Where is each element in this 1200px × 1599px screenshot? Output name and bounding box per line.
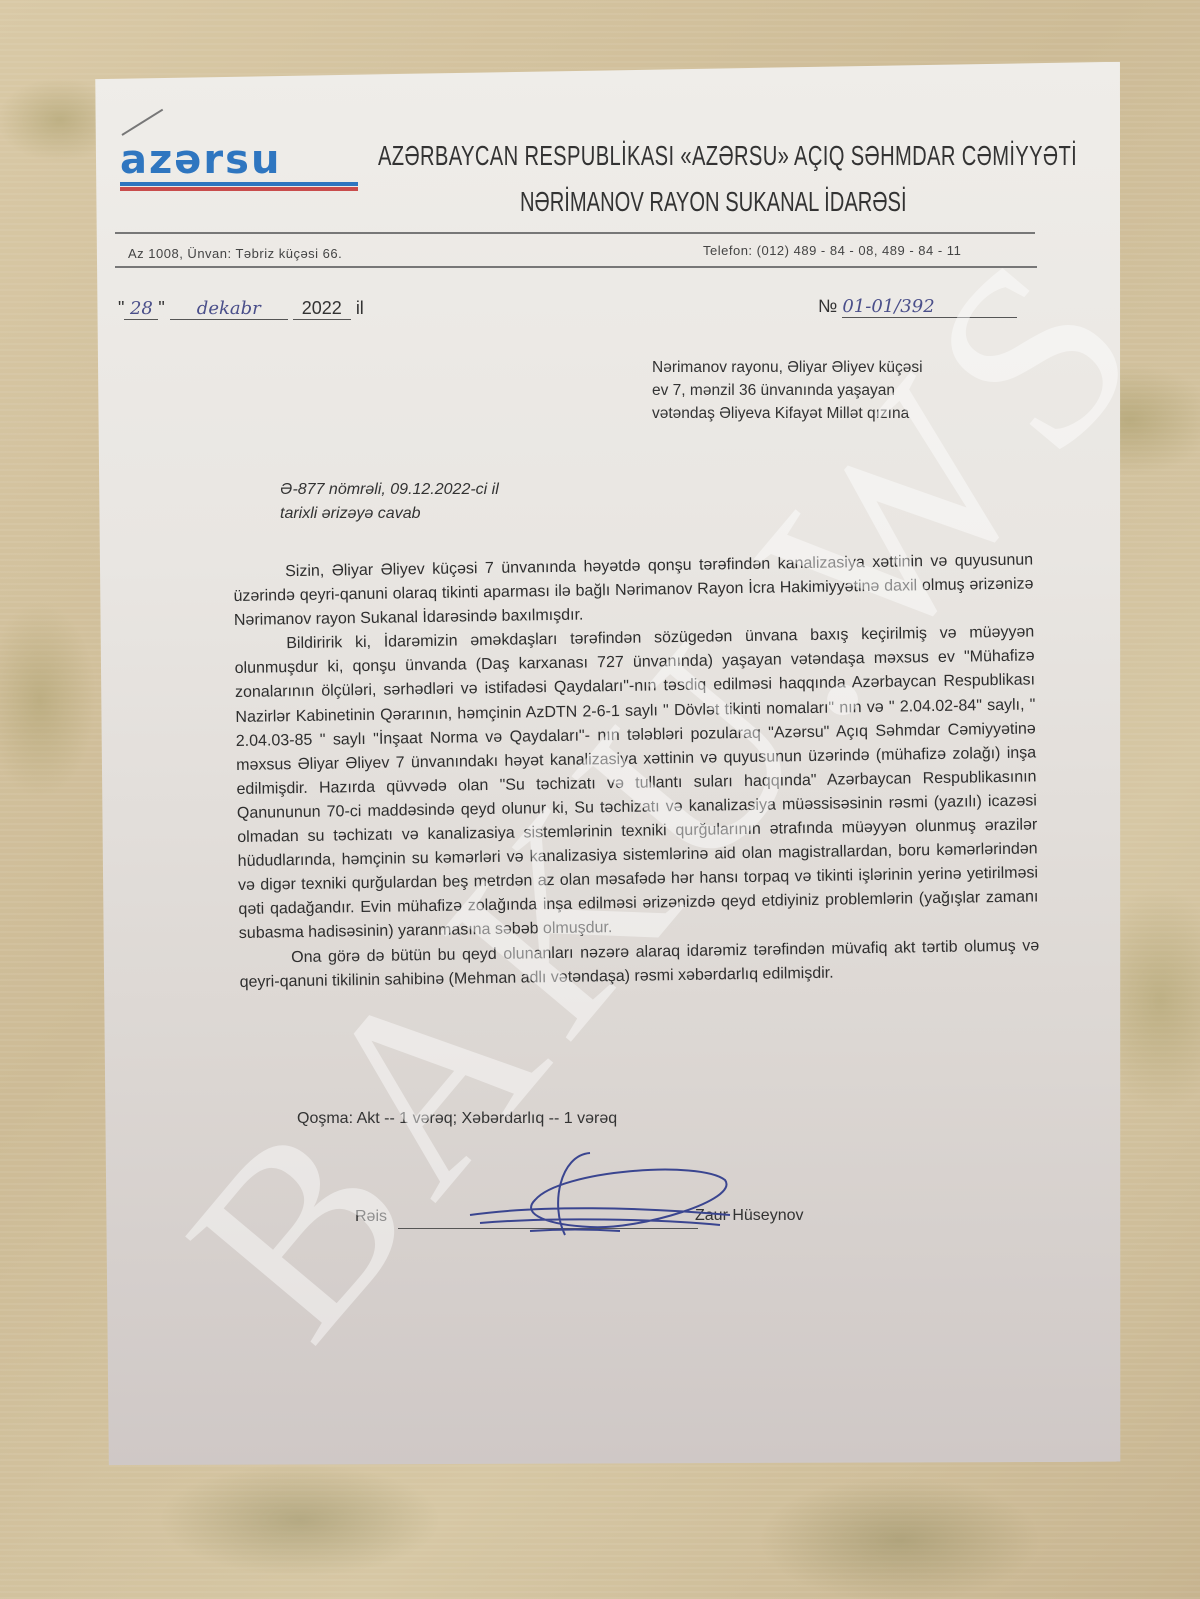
logo-wordmark: azərsu xyxy=(120,140,360,180)
reference-block: Ə-877 nömrəli, 09.12.2022-ci il tarixli … xyxy=(280,478,499,526)
header-divider-bottom xyxy=(115,266,1037,268)
signer-title: Rəis xyxy=(355,1208,387,1226)
recipient-line: Nərimanov rayonu, Əliyar Əliyev küçəsi xyxy=(652,356,923,379)
number-value: 01-01/392 xyxy=(842,296,1017,318)
logo-red-stripe xyxy=(120,187,358,191)
org-phone: Telefon: (012) 489 - 84 - 08, 489 - 84 -… xyxy=(703,243,961,258)
reference-line: tarixli ərizəyə cavab xyxy=(280,502,499,526)
date-year: 2022 xyxy=(293,298,351,320)
attachments-note: Qoşma: Akt -- 1 vərəq; Xəbərdarlıq -- 1 … xyxy=(297,1110,617,1128)
azersu-logo: azərsu xyxy=(120,140,360,190)
org-name-line1: AZƏRBAYCAN RESPUBLİKASI «AZƏRSU» AÇIQ SƏ… xyxy=(378,140,1077,172)
letter-date: "28" dekabr 2022 il xyxy=(118,298,364,320)
date-suffix: il xyxy=(356,298,364,318)
body-paragraph: Bildiririk ki, İdarəmizin əməkdaşları tə… xyxy=(234,621,1039,947)
reference-line: Ə-877 nömrəli, 09.12.2022-ci il xyxy=(280,478,499,502)
letter-body: Sizin, Əliyar Əliyev küçəsi 7 ünvanında … xyxy=(233,548,1040,994)
recipient-line: vətəndaş Əliyeva Kifayət Millət qızına xyxy=(652,402,923,425)
recipient-line: ev 7, mənzil 36 ünvanında yaşayan xyxy=(652,379,923,402)
number-label: № xyxy=(818,296,837,316)
recipient-block: Nərimanov rayonu, Əliyar Əliyev küçəsi e… xyxy=(652,356,923,425)
org-address: Az 1008, Ünvan: Təbriz küçəsi 66. xyxy=(128,246,342,261)
letter-number: № 01-01/392 xyxy=(818,296,1017,318)
header-divider-top xyxy=(115,232,1035,234)
logo-blue-stripe xyxy=(120,182,358,186)
body-paragraph: Sizin, Əliyar Əliyev küçəsi 7 ünvanında … xyxy=(233,548,1034,633)
date-day: 28 xyxy=(124,298,158,320)
handwritten-signature xyxy=(440,1145,740,1245)
org-name-line2: NƏRİMANOV RAYON SUKANAL İDARƏSİ xyxy=(520,186,907,218)
date-month: dekabr xyxy=(170,298,288,320)
